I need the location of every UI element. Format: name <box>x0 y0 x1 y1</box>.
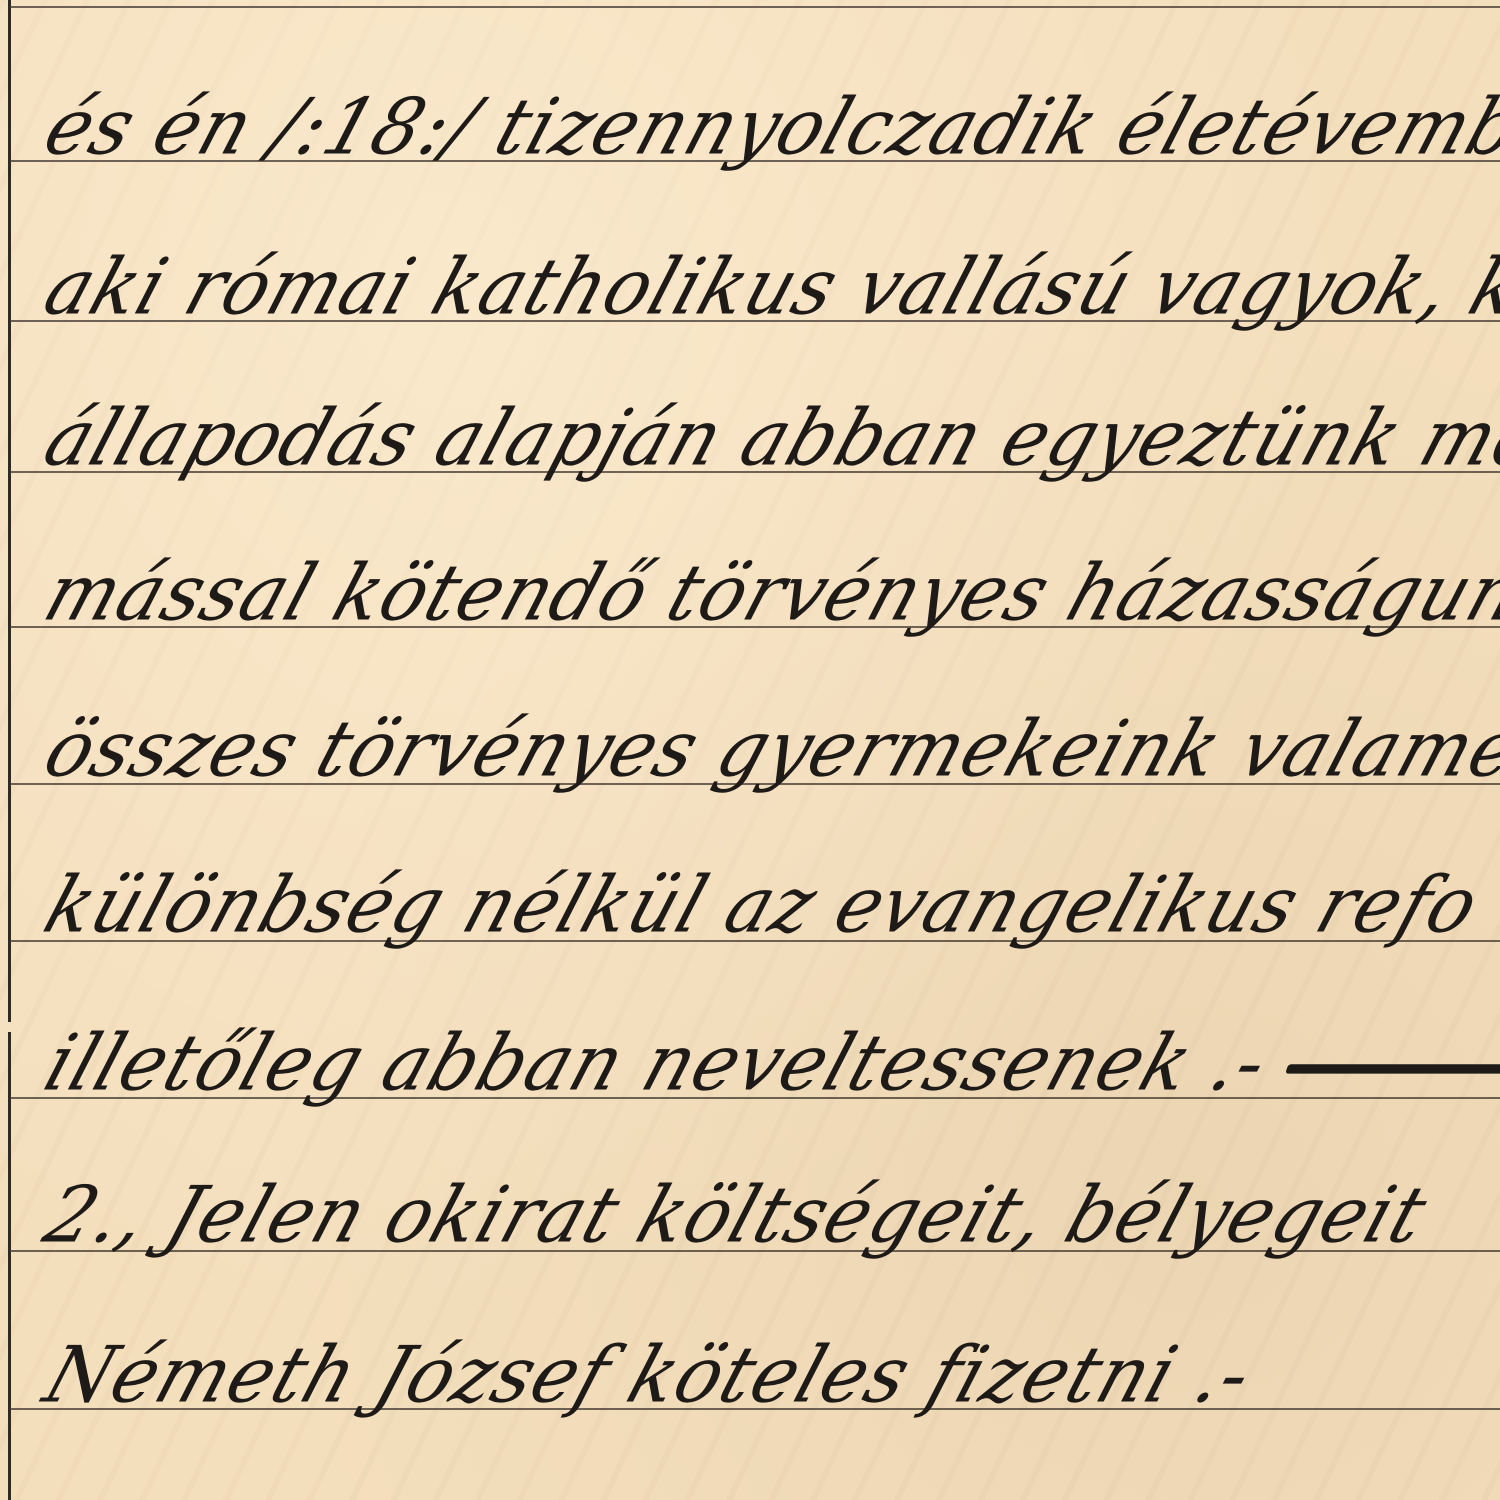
margin-rule-upper <box>8 0 11 1022</box>
handwritten-line-7: illetőleg abban neveltessenek .- <box>36 1024 1500 1102</box>
line-text: összes törvényes gyermekeink valamen <box>34 704 1500 794</box>
handwritten-line-6: különbség nélkül az evangelikus refo <box>36 866 1500 944</box>
document-page: és én /:18:/ tizennyolczadik életévemben… <box>0 0 1500 1500</box>
handwritten-line-4: mással kötendő törvényes házasságun <box>36 554 1500 632</box>
handwritten-line-3: állapodás alapján abban egyeztünk meg <box>36 399 1500 477</box>
line-text: aki római katholikus vallású vagyok, köl <box>34 242 1500 332</box>
handwritten-line-8: 2., Jelen okirat költségeit, bélyegeit <box>36 1176 1500 1254</box>
handwritten-line-5: összes törvényes gyermekeink valamen <box>36 710 1500 788</box>
line-text: 2., Jelen okirat költségeit, bélyegeit <box>34 1170 1438 1260</box>
handwritten-line-9: Németh József köteles fizetni .- <box>36 1336 1500 1414</box>
margin-rule-lower <box>8 1032 11 1500</box>
line-text: illetőleg abban neveltessenek .- <box>34 1018 1279 1108</box>
fill-dash <box>1285 1064 1500 1073</box>
line-text: és én /:18:/ tizennyolczadik életévemben <box>34 82 1500 172</box>
line-text: különbség nélkül az evangelikus refo <box>34 860 1490 950</box>
handwritten-line-1: és én /:18:/ tizennyolczadik életévemben <box>36 88 1500 166</box>
handwritten-line-2: aki római katholikus vallású vagyok, köl <box>36 248 1500 326</box>
line-text: Németh József köteles fizetni .- <box>34 1330 1263 1420</box>
line-text: állapodás alapján abban egyeztünk meg <box>34 393 1500 483</box>
ruled-line-0 <box>10 6 1500 8</box>
line-text: mással kötendő törvényes házasságun <box>34 548 1500 638</box>
